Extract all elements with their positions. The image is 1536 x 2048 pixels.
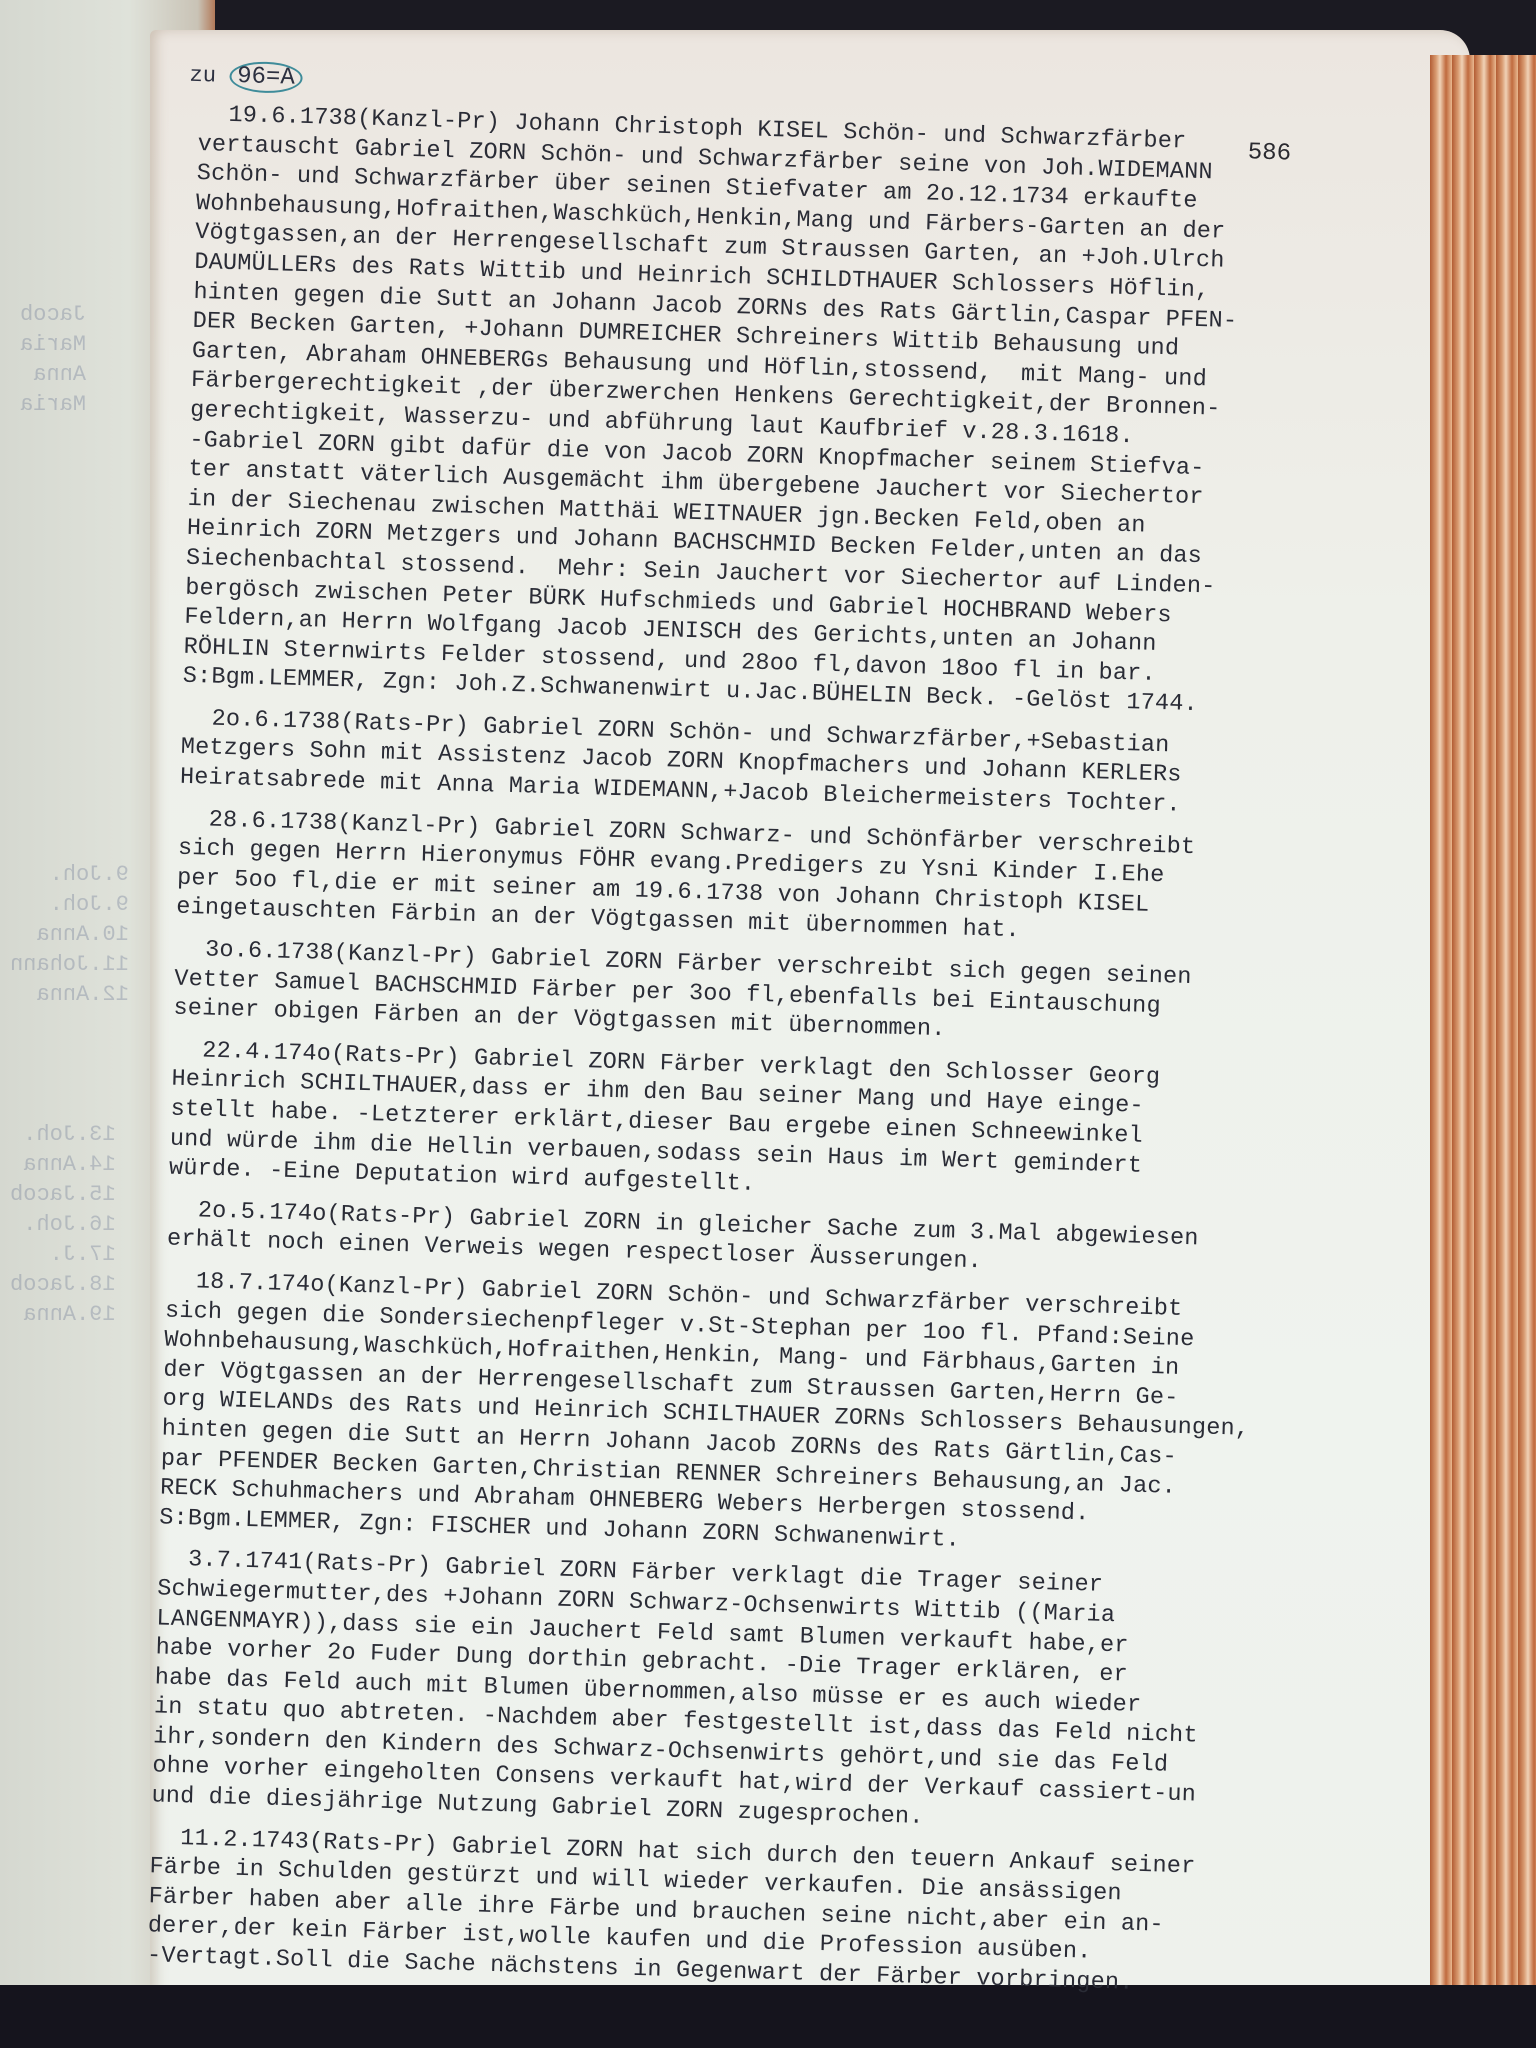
entry: 3o.6.1738(Kanzl-Pr) Gabriel ZORN Färber …	[173, 935, 1262, 1054]
margin-note-circled-ref: 96=A	[229, 61, 303, 94]
entries-list: 19.6.1738(Kanzl-Pr) Johann Christoph KIS…	[147, 100, 1286, 2001]
entry: 11.2.1743(Rats-Pr) Gabriel ZORN hat sich…	[147, 1823, 1238, 2001]
entry: 18.7.174o(Kanzl-Pr) Gabriel ZORN Schön- …	[159, 1266, 1253, 1563]
margin-reference-note: zu 96=A	[189, 60, 303, 94]
entry: 3.7.1741(Rats-Pr) Gabriel ZORN Färber ve…	[151, 1545, 1245, 1842]
entry: 22.4.174o(Rats-Pr) Gabriel ZORN Färber v…	[169, 1035, 1260, 1213]
entry: 2o.6.1738(Rats-Pr) Gabriel ZORN Schön- u…	[180, 704, 1269, 823]
page-edges-stack	[1430, 55, 1536, 2015]
margin-note-prefix: zu	[189, 63, 216, 89]
bleed-through-text-lower: 13.Joh. 14.Anna 15.Jacob 16.Joh. 17.J. 1…	[10, 1120, 116, 1330]
entry: 28.6.1738(Kanzl-Pr) Gabriel ZORN Schwarz…	[176, 804, 1266, 953]
table-surface	[0, 1985, 1536, 2048]
bleed-through-text-middle: 9.Joh. 9.Joh. 10.Anna 11.Johann 12.Anna	[10, 860, 129, 1010]
entry: 19.6.1738(Kanzl-Pr) Johann Christoph KIS…	[182, 100, 1285, 722]
bleed-through-text-upper: Jacob Maria Anna Maria	[20, 300, 86, 420]
